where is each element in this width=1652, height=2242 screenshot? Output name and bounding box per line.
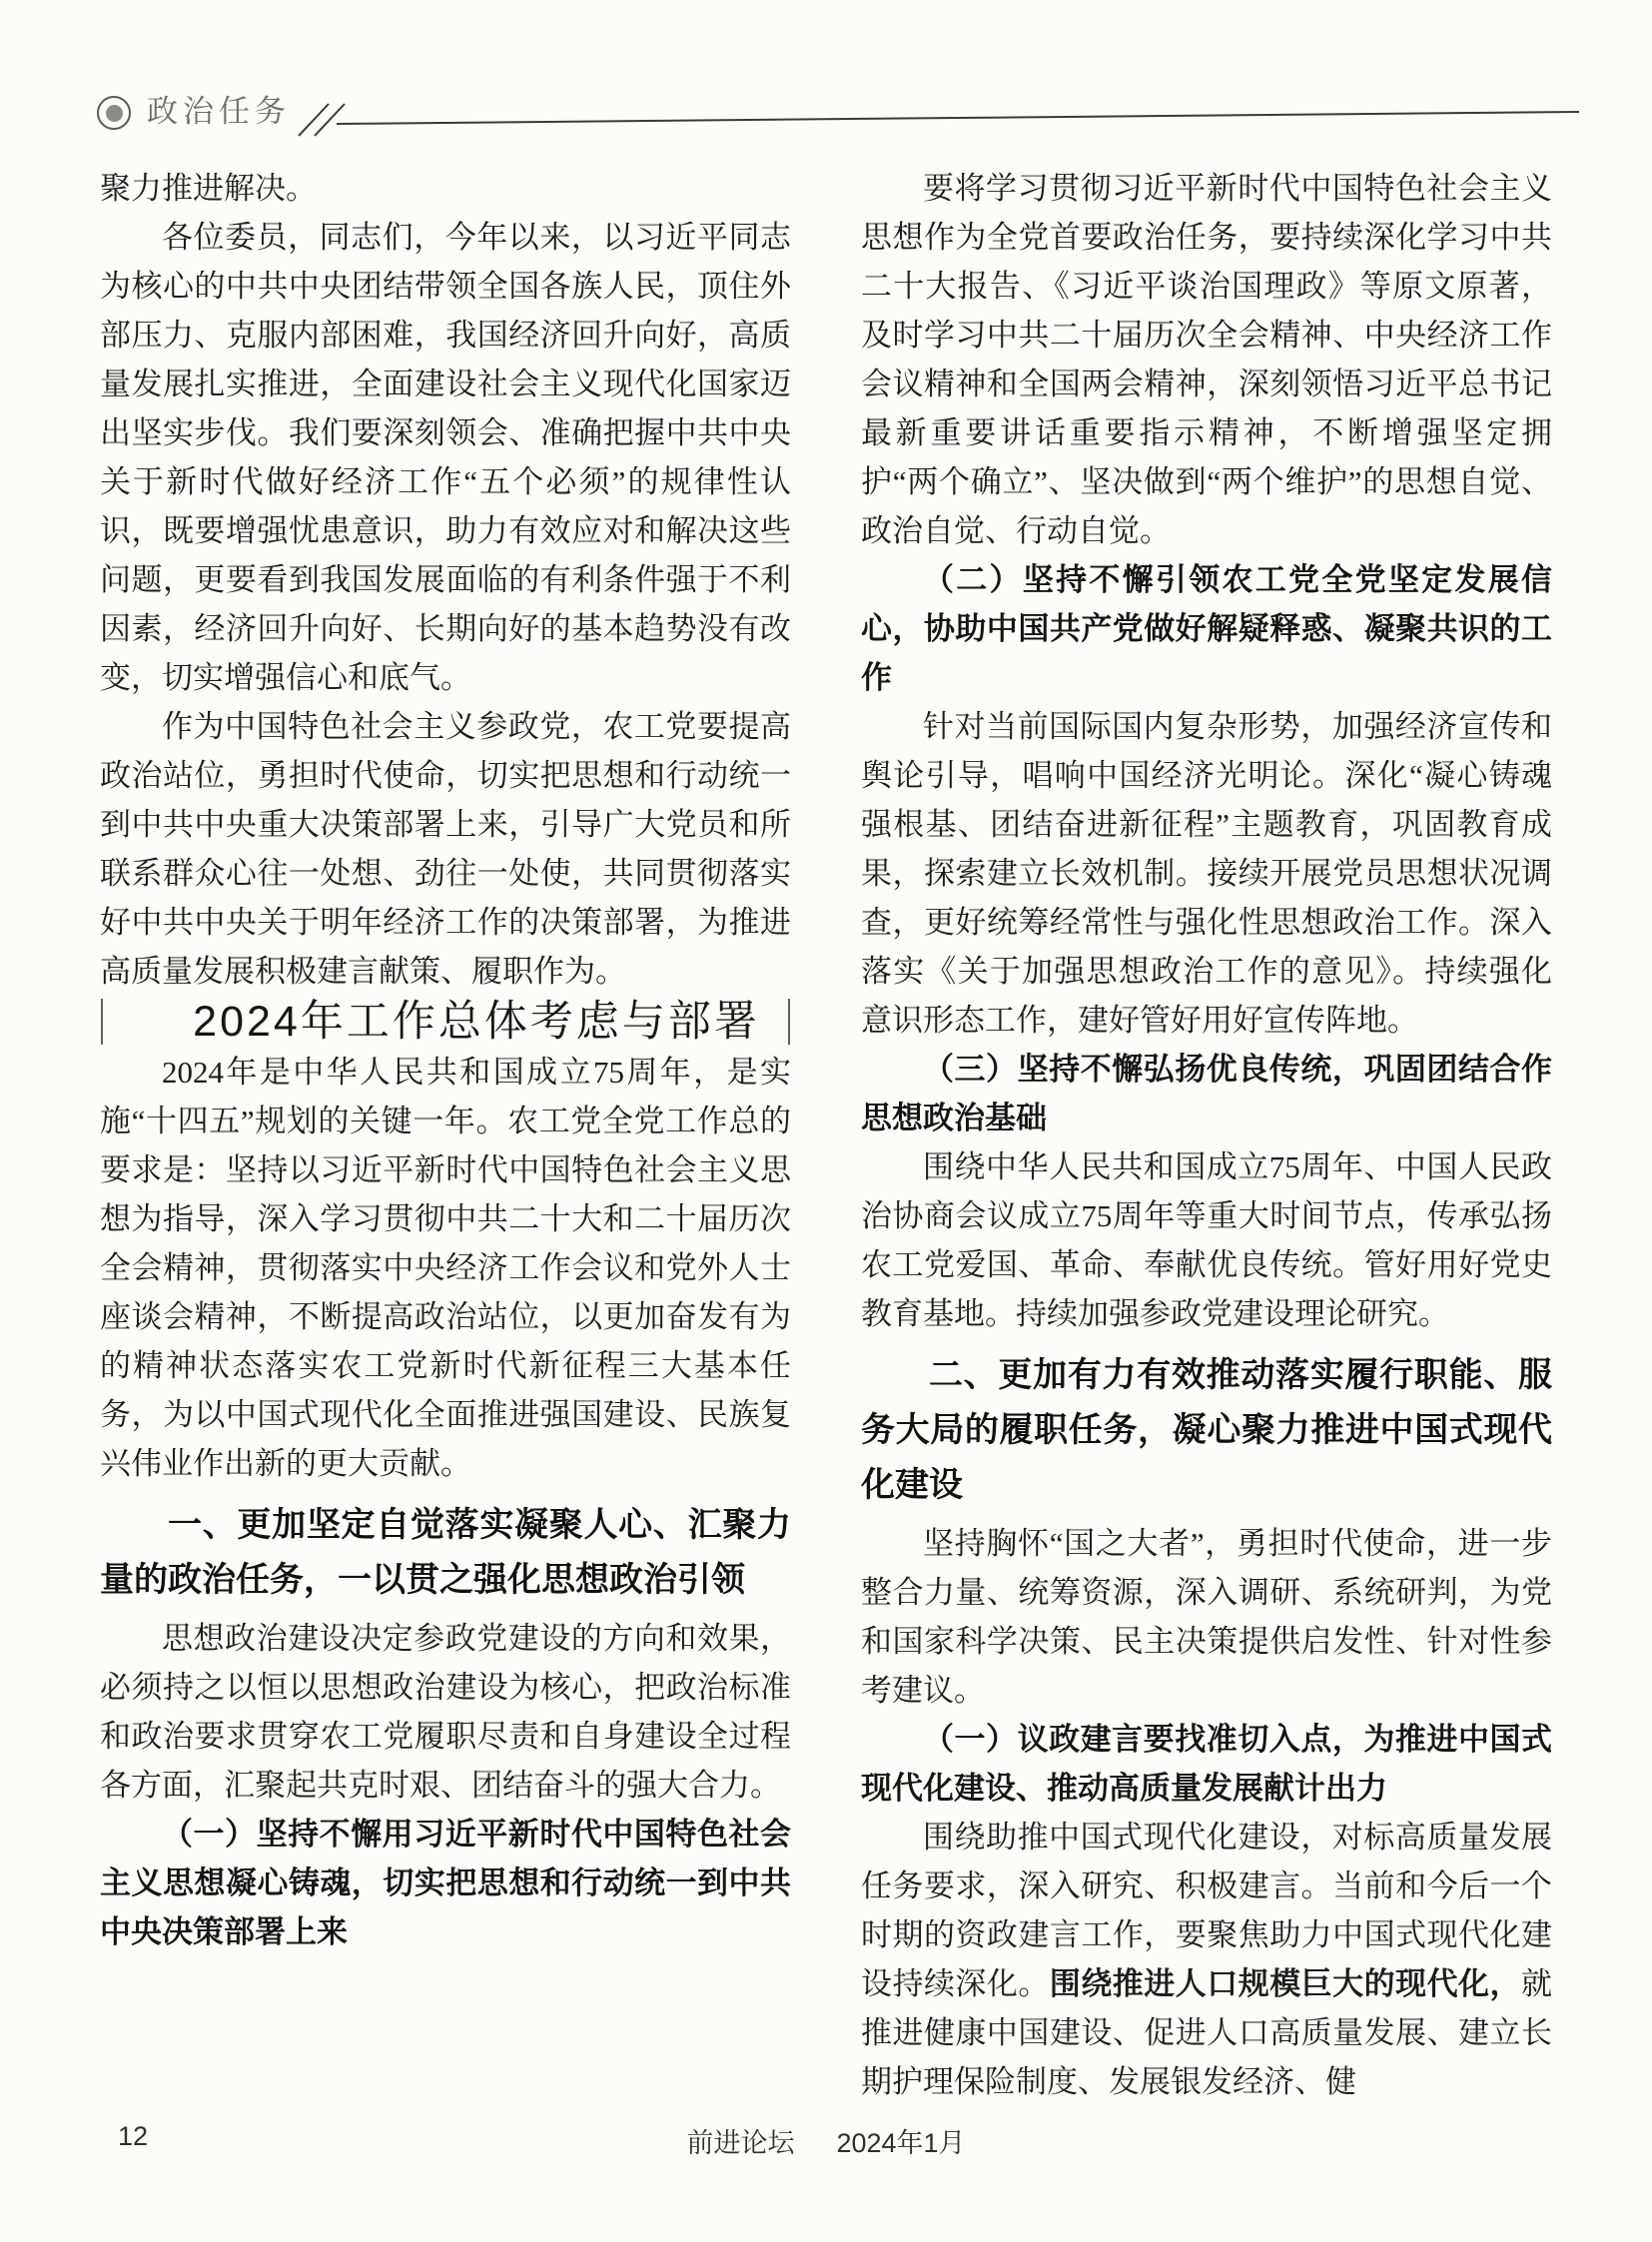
- sub-heading: （二）坚持不懈引领农工党全党坚定发展信心，协助中国共产党做好解疑释惑、凝聚共识的…: [861, 555, 1552, 702]
- numbered-heading: 一、更加坚定自觉落实凝聚人心、汇聚力量的政治任务，一以贯之强化思想政治引领: [100, 1498, 791, 1608]
- section-title-text: 2024年工作总体考虑与部署: [131, 996, 760, 1048]
- numbered-heading: 二、更加有力有效推动落实履行职能、服务大局的履职任务，凝心聚力推进中国式现代化建…: [861, 1348, 1552, 1513]
- bullseye-circle-icon: [97, 96, 131, 130]
- footer-center: 前进论坛 2024年1月: [0, 2121, 1652, 2160]
- circle-dot-icon: [106, 105, 123, 122]
- body-paragraph: 要将学习贯彻习近平新时代中国特色社会主义思想作为全党首要政治任务，要持续深化学习…: [861, 164, 1552, 555]
- header-rule-line: [295, 98, 1583, 140]
- section-label: 政治任务: [147, 92, 291, 132]
- sub-heading: （一）坚持不懈用习近平新时代中国特色社会主义思想凝心铸魂，切实把思想和行动统一到…: [100, 1810, 791, 1956]
- issue-date: 2024年1月: [836, 2121, 965, 2160]
- body-paragraph: 2024年是中华人民共和国成立75周年，是实施“十四五”规划的关键一年。农工党全…: [100, 1048, 791, 1488]
- title-bar-right: [788, 999, 790, 1045]
- section-title: 2024年工作总体考虑与部署: [100, 996, 791, 1048]
- left-column: 聚力推进解决。各位委员，同志们，今年以来，以习近平同志为核心的中共中央团结带领全…: [100, 164, 791, 1956]
- right-column: 要将学习贯彻习近平新时代中国特色社会主义思想作为全党首要政治任务，要持续深化学习…: [861, 164, 1552, 2106]
- journal-name: 前进论坛: [686, 2121, 794, 2160]
- body-paragraph: 坚持胸怀“国之大者”，勇担时代使命，进一步整合力量、统筹资源，深入调研、系统研判…: [861, 1519, 1552, 1715]
- page-footer: 12 前进论坛 2024年1月: [0, 2117, 1652, 2161]
- title-bar-left: [101, 999, 103, 1045]
- body-paragraph: 各位委员，同志们，今年以来，以习近平同志为核心的中共中央团结带领全国各族人民，顶…: [100, 213, 791, 702]
- body-paragraph: 聚力推进解决。: [100, 164, 791, 213]
- bold-run: 围绕推进人口规模巨大的现代化，: [1050, 1966, 1521, 2001]
- sub-heading: （一）议政建言要找准切入点，为推进中国式现代化建设、推动高质量发展献计出力: [861, 1715, 1552, 1813]
- body-paragraph: 思想政治建设决定参政党建设的方向和效果，必须持之以恒以思想政治建设为核心，把政治…: [100, 1614, 791, 1810]
- page-header: 政治任务: [97, 92, 1576, 142]
- body-paragraph: 针对当前国际国内复杂形势，加强经济宣传和舆论引导，唱响中国经济光明论。深化“凝心…: [861, 702, 1552, 1045]
- sub-heading: （三）坚持不懈弘扬优良传统，巩固团结合作思想政治基础: [861, 1045, 1552, 1142]
- body-paragraph: 围绕助推中国式现代化建设，对标高质量发展任务要求，深入研究、积极建言。当前和今后…: [861, 1813, 1552, 2106]
- body-paragraph: 围绕中华人民共和国成立75周年、中国人民政治协商会议成立75周年等重大时间节点，…: [861, 1142, 1552, 1338]
- body-paragraph: 作为中国特色社会主义参政党，农工党要提高政治站位，勇担时代使命，切实把思想和行动…: [100, 702, 791, 996]
- magazine-page: 政治任务 聚力推进解决。各位委员，同志们，今年以来，以习近平同志为核心的中共中央…: [0, 0, 1652, 2242]
